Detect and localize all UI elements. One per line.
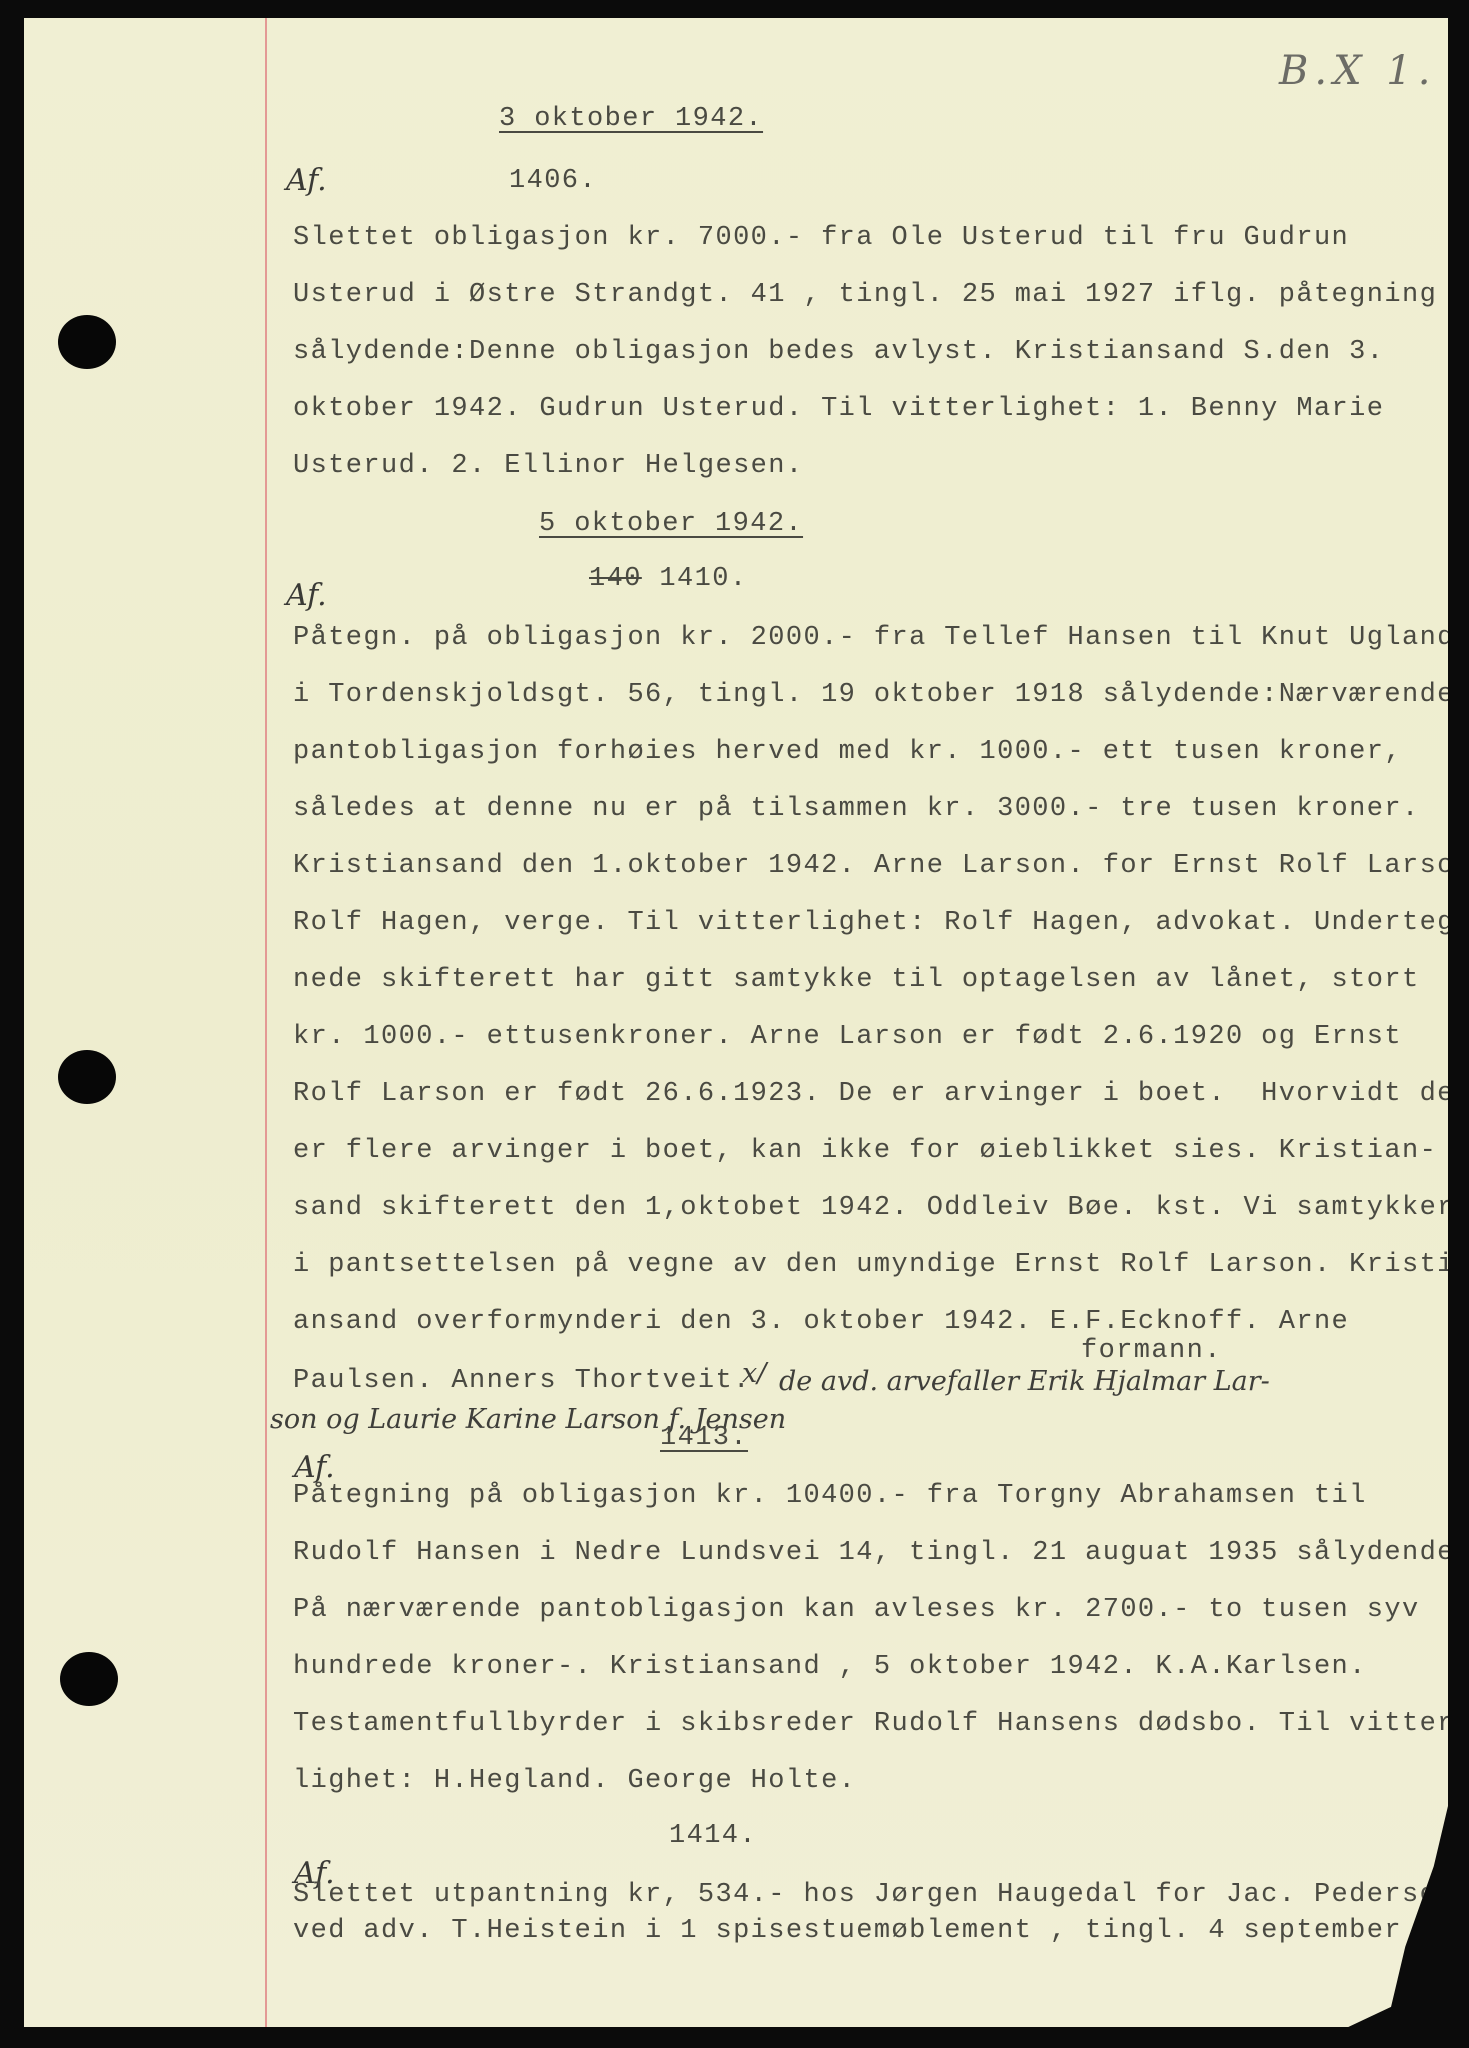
entry-number-value: 1410. [659, 564, 747, 594]
title-note: formann. [1081, 1338, 1222, 1365]
entry-line: Paulsen. Anners Thortveit. [293, 1368, 751, 1395]
entry-line: Slettet obligasjon kr. 7000.- fra Ole Us… [293, 225, 1349, 252]
entry-line: Rolf Larson er født 26.6.1923. De er arv… [293, 1081, 1469, 1108]
entry-line: er flere arvinger i boet, kan ikke for ø… [293, 1138, 1437, 1165]
entry-line: Testamentfullbyrder i skibsreder Rudolf … [293, 1711, 1469, 1738]
entry-number: 140 1410. [589, 566, 747, 593]
entry-line: Usterud. 2. Ellinor Helgesen. [293, 453, 803, 480]
entry-line: sand skifterett den 1,oktobet 1942. Oddl… [293, 1195, 1455, 1222]
entry-line: ansand overformynderi den 3. oktober 194… [293, 1309, 1349, 1336]
entry-number: 1413. [660, 1425, 748, 1452]
entry-number: 1406. [509, 168, 597, 195]
entry-line: Kristiansand den 1.oktober 1942. Arne La… [293, 853, 1469, 880]
punch-hole [58, 1050, 116, 1104]
struck-number: 140 [589, 564, 642, 594]
margin-initials: Af. [286, 163, 327, 198]
entry-line: Påtegning på obligasjon kr. 10400.- fra … [293, 1483, 1367, 1510]
entry-line: oktober 1942. Gudrun Usterud. Til vitter… [293, 396, 1384, 423]
entry-line: sålydende:Denne obligasjon bedes avlyst.… [293, 339, 1384, 366]
margin-initials: Af. [286, 578, 327, 613]
margin-initials: Af. [294, 1450, 335, 1485]
entry-line: ved adv. T.Heistein i 1 spisestuemøbleme… [293, 1918, 1402, 1945]
handwritten-insert-mark: x/ [742, 1358, 766, 1389]
entry-line: Rolf Hagen, verge. Til vitterlighet: Rol… [293, 910, 1469, 937]
punch-hole [60, 1652, 118, 1706]
entry-line: således at denne nu er på tilsammen kr. … [293, 796, 1420, 823]
margin-rule [265, 18, 267, 2027]
entry-line: Usterud i Østre Strandgt. 41 , tingl. 25… [293, 282, 1437, 309]
date-heading: 5 oktober 1942. [539, 511, 803, 538]
entry-number: 1414. [669, 1823, 757, 1850]
entry-line: i pantsettelsen på vegne av den umyndige… [293, 1252, 1469, 1279]
entry-line: lighet: H.Hegland. George Holte. [293, 1768, 856, 1795]
entry-line: På nærværende pantobligasjon kan avleses… [293, 1597, 1420, 1624]
handwritten-note: de avd. arvefaller Erik Hjalmar Lar- [779, 1366, 1270, 1397]
entry-line: nede skifterett har gitt samtykke til op… [293, 967, 1420, 994]
date-heading: 3 oktober 1942. [499, 106, 763, 133]
entry-line: hundrede kroner-. Kristiansand , 5 oktob… [293, 1654, 1367, 1681]
entry-line: i Tordenskjoldsgt. 56, tingl. 19 oktober… [293, 682, 1455, 709]
entry-line: kr. 1000.- ettusenkroner. Arne Larson er… [293, 1024, 1402, 1051]
entry-line: pantobligasjon forhøies herved med kr. 1… [293, 739, 1402, 766]
entry-line: Rudolf Hansen i Nedre Lundsvei 14, tingl… [293, 1540, 1469, 1567]
archive-mark: B.X 1. [1279, 48, 1436, 94]
document-page: B.X 1. 3 oktober 1942. Af. 1406. Slettet… [24, 18, 1448, 2027]
entry-line: Slettet utpantning kr, 534.- hos Jørgen … [293, 1882, 1455, 1909]
punch-hole [58, 315, 116, 369]
entry-line: Påtegn. på obligasjon kr. 2000.- fra Tel… [293, 625, 1455, 652]
